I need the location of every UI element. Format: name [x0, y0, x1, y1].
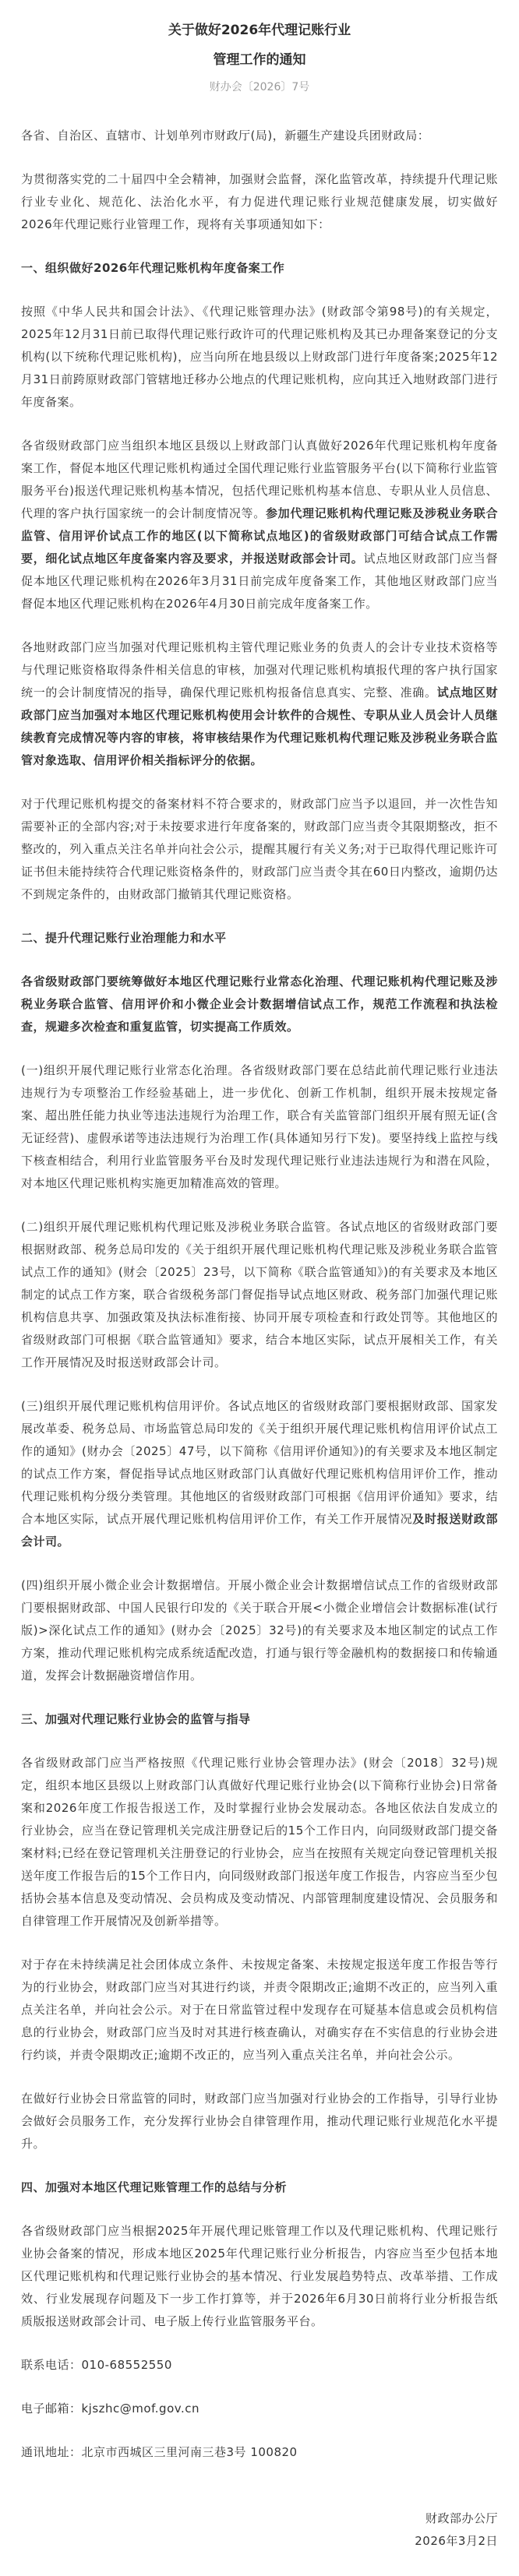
text-run: 为贯彻落实党的二十届四中全会精神，加强财会监督，深化监管改革，持续提升代理记账行… [21, 172, 498, 231]
text-run: (三)组织开展代理记账机构信用评价。各试点地区的省级财政部门要根据财政部、国家发… [21, 1399, 498, 1526]
document-number: 财办会〔2026〕7号 [21, 78, 498, 97]
text-run: 三、加强对代理记账行业协会的监管与指导 [21, 1712, 251, 1726]
paragraph: 在做好行业协会日常监管的同时，财政部门应当加强对行业协会的工作指导，引导行业协会… [21, 2088, 498, 2155]
text-run: 各省、自治区、直辖市、计划单列市财政厅(局)，新疆生产建设兵团财政局： [21, 129, 429, 143]
intro-paragraph: 为贯彻落实党的二十届四中全会精神，加强财会监督，深化监管改革，持续提升代理记账行… [21, 168, 498, 236]
paragraph: 各省级财政部门要统筹做好本地区代理记账行业常态化治理、代理记账机构代理记账及涉税… [21, 971, 498, 1038]
text-run: 各地财政部门应当加强对代理记账机构主管代理记账业务的负责人的会计专业技术资格等与… [21, 640, 498, 700]
document-title-line-2: 管理工作的通知 [21, 48, 498, 72]
section-2-heading: 二、提升代理记账行业治理能力和水平 [21, 927, 498, 950]
text-run: 四、加强对本地区代理记账管理工作的总结与分析 [21, 2180, 287, 2194]
text-run: 各省级财政部门应当根据2025年开展代理记账管理工作以及代理记账机构、代理记账行… [21, 2224, 498, 2328]
paragraph: 各省级财政部门应当严格按照《代理记账行业协会管理办法》(财会〔2018〕32号)… [21, 1752, 498, 1933]
text-run: 对于代理记账机构提交的备案材料不符合要求的，财政部门应当予以退回，并一次性告知需… [21, 797, 498, 901]
paragraph: 对于代理记账机构提交的备案材料不符合要求的，财政部门应当予以退回，并一次性告知需… [21, 793, 498, 906]
document-title-line-1: 关于做好2026年代理记账行业 [21, 19, 498, 42]
notice-page: 关于做好2026年代理记账行业 管理工作的通知 财办会〔2026〕7号 各省、自… [0, 0, 519, 2576]
paragraph: (一)组织开展代理记账行业常态化治理。各省级财政部门要在总结此前代理记账行业违法… [21, 1059, 498, 1195]
signature-issuer: 财政部办公厅 [21, 2507, 498, 2530]
text-run: 各省级财政部门应当严格按照《代理记账行业协会管理办法》(财会〔2018〕32号)… [21, 1756, 498, 1928]
bold-text-run: 各省级财政部门要统筹做好本地区代理记账行业常态化治理、代理记账机构代理记账及涉税… [21, 974, 498, 1034]
salutation: 各省、自治区、直辖市、计划单列市财政厅(局)，新疆生产建设兵团财政局： [21, 125, 498, 147]
text-run: (二)组织开展代理记账机构代理记账及涉税业务联合监管。各试点地区的省级财政部门要… [21, 1220, 498, 1369]
paragraph: (二)组织开展代理记账机构代理记账及涉税业务联合监管。各试点地区的省级财政部门要… [21, 1216, 498, 1374]
section-3-heading: 三、加强对代理记账行业协会的监管与指导 [21, 1708, 498, 1731]
paragraph: 各省级财政部门应当根据2025年开展代理记账管理工作以及代理记账机构、代理记账行… [21, 2220, 498, 2333]
text-run: 对于存在未持续满足社会团体成立条件、未按规定备案、未按规定报送年度工作报告等行为… [21, 1958, 498, 2062]
text-run: 按照《中华人民共和国会计法》、《代理记账管理办法》(财政部令第98号)的有关规定… [21, 305, 498, 409]
contact-email: 电子邮箱：kjszhc@mof.gov.cn [21, 2398, 498, 2420]
text-run: 通讯地址：北京市西城区三里河南三巷3号 100820 [21, 2445, 298, 2459]
signature-date: 2026年3月2日 [21, 2530, 498, 2553]
contact-phone: 联系电话：010-68552550 [21, 2354, 498, 2377]
text-run: 联系电话：010-68552550 [21, 2358, 172, 2372]
paragraph: 各省级财政部门应当组织本地区县级以上财政部门认真做好2026年代理记账机构年度备… [21, 435, 498, 615]
text-run: 一、组织做好2026年代理记账机构年度备案工作 [21, 261, 284, 275]
contact-address: 通讯地址：北京市西城区三里河南三巷3号 100820 [21, 2441, 498, 2464]
text-run: 二、提升代理记账行业治理能力和水平 [21, 931, 227, 945]
paragraph: (四)组织开展小微企业会计数据增信。开展小微企业会计数据增信试点工作的省级财政部… [21, 1574, 498, 1687]
text-run: 在做好行业协会日常监管的同时，财政部门应当加强对行业协会的工作指导，引导行业协会… [21, 2091, 498, 2151]
text-run: 财政部办公厅 [425, 2511, 498, 2525]
paragraph: 各地财政部门应当加强对代理记账机构主管代理记账业务的负责人的会计专业技术资格等与… [21, 636, 498, 772]
text-run: 2026年3月2日 [415, 2534, 498, 2548]
text-run: 电子邮箱：kjszhc@mof.gov.cn [21, 2402, 199, 2416]
section-1-heading: 一、组织做好2026年代理记账机构年度备案工作 [21, 257, 498, 280]
text-run: (四)组织开展小微企业会计数据增信。开展小微企业会计数据增信试点工作的省级财政部… [21, 1578, 498, 1683]
paragraph: 按照《中华人民共和国会计法》、《代理记账管理办法》(财政部令第98号)的有关规定… [21, 301, 498, 414]
paragraph: 对于存在未持续满足社会团体成立条件、未按规定备案、未按规定报送年度工作报告等行为… [21, 1954, 498, 2067]
section-4-heading: 四、加强对本地区代理记账管理工作的总结与分析 [21, 2176, 498, 2199]
text-run: (一)组织开展代理记账行业常态化治理。各省级财政部门要在总结此前代理记账行业违法… [21, 1063, 498, 1190]
document-body: 各省、自治区、直辖市、计划单列市财政厅(局)，新疆生产建设兵团财政局：为贯彻落实… [21, 125, 498, 2553]
paragraph: (三)组织开展代理记账机构信用评价。各试点地区的省级财政部门要根据财政部、国家发… [21, 1395, 498, 1553]
